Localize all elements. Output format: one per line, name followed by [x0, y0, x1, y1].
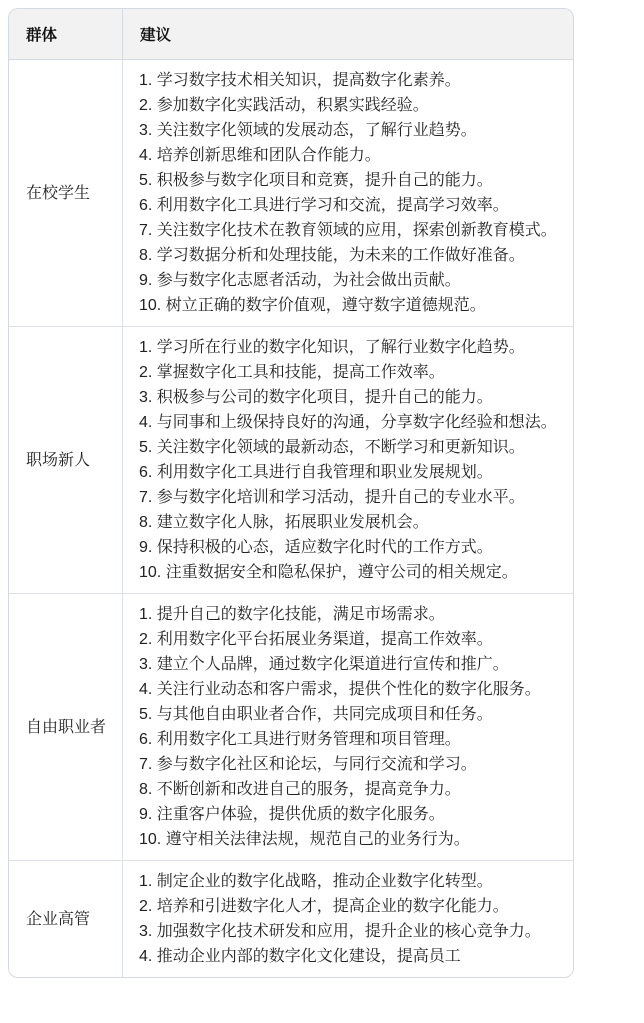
- suggestions-cell: 1. 学习所在行业的数字化知识，了解行业数字化趋势。2. 掌握数字化工具和技能，…: [123, 327, 573, 594]
- suggestion-item: 7. 关注数字化技术在教育领域的应用，探索创新教育模式。: [139, 218, 557, 243]
- suggestion-item: 9. 保持积极的心态，适应数字化时代的工作方式。: [139, 535, 557, 560]
- table-row: 在校学生1. 学习数字技术相关知识，提高数字化素养。2. 参加数字化实践活动，积…: [9, 60, 573, 327]
- suggestion-item: 8. 不断创新和改进自己的服务，提高竞争力。: [139, 777, 557, 802]
- header-row: 群体 建议: [9, 9, 573, 60]
- suggestion-item: 10. 树立正确的数字价值观，遵守数字道德规范。: [139, 293, 557, 318]
- suggestions-cell: 1. 学习数字技术相关知识，提高数字化素养。2. 参加数字化实践活动，积累实践经…: [123, 60, 573, 327]
- suggestion-item: 7. 参与数字化培训和学习活动，提升自己的专业水平。: [139, 485, 557, 510]
- table-header: 群体 建议: [9, 9, 573, 60]
- suggestion-item: 7. 参与数字化社区和论坛，与同行交流和学习。: [139, 752, 557, 777]
- group-cell: 职场新人: [9, 327, 123, 594]
- suggestion-item: 3. 积极参与公司的数字化项目，提升自己的能力。: [139, 385, 557, 410]
- suggestion-item: 4. 推动企业内部的数字化文化建设，提高员工: [139, 944, 557, 969]
- column-header-suggestions: 建议: [123, 9, 573, 60]
- suggestion-item: 9. 注重客户体验，提供优质的数字化服务。: [139, 802, 557, 827]
- suggestion-item: 3. 建立个人品牌，通过数字化渠道进行宣传和推广。: [139, 652, 557, 677]
- suggestions-table: 群体 建议 在校学生1. 学习数字技术相关知识，提高数字化素养。2. 参加数字化…: [8, 8, 574, 978]
- suggestion-item: 3. 加强数字化技术研发和应用，提升企业的核心竞争力。: [139, 919, 557, 944]
- suggestion-item: 2. 培养和引进数字化人才，提高企业的数字化能力。: [139, 894, 557, 919]
- suggestion-item: 9. 参与数字化志愿者活动，为社会做出贡献。: [139, 268, 557, 293]
- suggestion-item: 4. 关注行业动态和客户需求，提供个性化的数字化服务。: [139, 677, 557, 702]
- suggestion-item: 2. 掌握数字化工具和技能，提高工作效率。: [139, 360, 557, 385]
- suggestion-item: 10. 遵守相关法律法规，规范自己的业务行为。: [139, 827, 557, 852]
- suggestions-cell: 1. 提升自己的数字化技能，满足市场需求。2. 利用数字化平台拓展业务渠道，提高…: [123, 594, 573, 861]
- suggestion-item: 3. 关注数字化领域的发展动态，了解行业趋势。: [139, 118, 557, 143]
- table-body: 在校学生1. 学习数字技术相关知识，提高数字化素养。2. 参加数字化实践活动，积…: [9, 60, 573, 977]
- suggestion-item: 1. 制定企业的数字化战略，推动企业数字化转型。: [139, 869, 557, 894]
- suggestion-item: 5. 关注数字化领域的最新动态，不断学习和更新知识。: [139, 435, 557, 460]
- suggestion-item: 6. 利用数字化工具进行学习和交流，提高学习效率。: [139, 193, 557, 218]
- suggestion-item: 6. 利用数字化工具进行财务管理和项目管理。: [139, 727, 557, 752]
- group-cell: 自由职业者: [9, 594, 123, 861]
- suggestion-item: 2. 参加数字化实践活动，积累实践经验。: [139, 93, 557, 118]
- suggestion-item: 4. 与同事和上级保持良好的沟通，分享数字化经验和想法。: [139, 410, 557, 435]
- suggestion-item: 2. 利用数字化平台拓展业务渠道，提高工作效率。: [139, 627, 557, 652]
- suggestion-item: 4. 培养创新思维和团队合作能力。: [139, 143, 557, 168]
- table-row: 自由职业者1. 提升自己的数字化技能，满足市场需求。2. 利用数字化平台拓展业务…: [9, 594, 573, 861]
- group-cell: 在校学生: [9, 60, 123, 327]
- table-row: 企业高管1. 制定企业的数字化战略，推动企业数字化转型。2. 培养和引进数字化人…: [9, 861, 573, 977]
- suggestion-item: 8. 建立数字化人脉，拓展职业发展机会。: [139, 510, 557, 535]
- table-row: 职场新人1. 学习所在行业的数字化知识，了解行业数字化趋势。2. 掌握数字化工具…: [9, 327, 573, 594]
- suggestion-item: 10. 注重数据安全和隐私保护，遵守公司的相关规定。: [139, 560, 557, 585]
- suggestion-item: 1. 学习所在行业的数字化知识，了解行业数字化趋势。: [139, 335, 557, 360]
- suggestion-item: 5. 与其他自由职业者合作，共同完成项目和任务。: [139, 702, 557, 727]
- suggestion-item: 1. 学习数字技术相关知识，提高数字化素养。: [139, 68, 557, 93]
- suggestions-cell: 1. 制定企业的数字化战略，推动企业数字化转型。2. 培养和引进数字化人才，提高…: [123, 861, 573, 977]
- suggestion-item: 5. 积极参与数字化项目和竞赛，提升自己的能力。: [139, 168, 557, 193]
- column-header-group: 群体: [9, 9, 123, 60]
- suggestion-item: 8. 学习数据分析和处理技能，为未来的工作做好准备。: [139, 243, 557, 268]
- suggestion-item: 1. 提升自己的数字化技能，满足市场需求。: [139, 602, 557, 627]
- group-cell: 企业高管: [9, 861, 123, 977]
- suggestion-item: 6. 利用数字化工具进行自我管理和职业发展规划。: [139, 460, 557, 485]
- page: 群体 建议 在校学生1. 学习数字技术相关知识，提高数字化素养。2. 参加数字化…: [0, 0, 644, 1023]
